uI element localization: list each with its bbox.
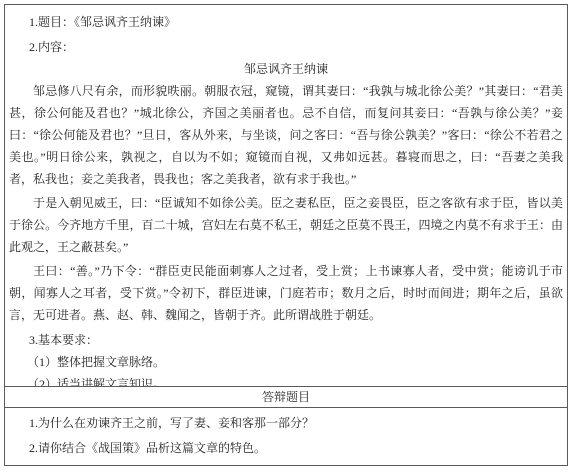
requirements-label: 3.基本要求： — [9, 329, 563, 351]
passage-title: 邹忌讽齐王纳谏 — [9, 58, 563, 80]
defense-section-header: 答辩题目 — [5, 386, 567, 408]
requirement-item-2: （2）适当讲解文言知识。 — [9, 373, 563, 386]
passage-paragraph-3: 王曰：“善。”乃下令：“群臣吏民能面刺寡人之过者，受上赏；上书谏寡人者，受中赏；… — [9, 260, 563, 326]
defense-question-1: 1.为什么在劝谏齐王之前，写了妻、妾和客那一部分？ — [9, 411, 563, 436]
lecture-task-section: 1.题目：《邹忌讽齐王纳谏》 2.内容： 邹忌讽齐王纳谏 邹忌修八尺有余，而形貌… — [5, 5, 567, 386]
defense-header-label: 答辩题目 — [262, 390, 310, 404]
passage-paragraph-2: 于是入朝见威王，曰：“臣诚知不如徐公美。臣之妻私臣，臣之妾畏臣，臣之客欲有求于臣… — [9, 192, 563, 258]
content-label: 2.内容： — [9, 36, 563, 58]
defense-questions-section: 1.为什么在劝谏齐王之前，写了妻、妾和客那一部分？ 2.请你结合《战国策》品析这… — [5, 408, 567, 465]
exam-task-card: 1.题目：《邹忌讽齐王纳谏》 2.内容： 邹忌讽齐王纳谏 邹忌修八尺有余，而形貌… — [4, 4, 568, 466]
defense-question-2: 2.请你结合《战国策》品析这篇文章的特色。 — [9, 436, 563, 461]
task-title-line: 1.题目：《邹忌讽齐王纳谏》 — [9, 11, 563, 33]
passage-paragraph-1: 邹忌修八尺有余，而形貌昳丽。朝服衣冠，窥镜，谓其妻曰：“我孰与城北徐公美？”其妻… — [9, 80, 563, 190]
requirement-item-1: （1）整体把握文章脉络。 — [9, 351, 563, 373]
